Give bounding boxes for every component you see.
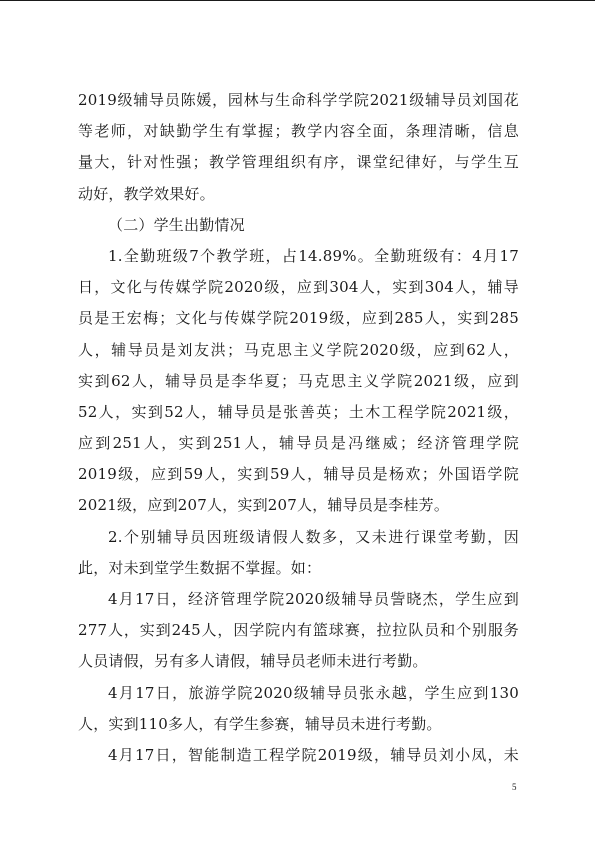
section-heading-text: （二）学生出勤情况 [78,210,519,241]
text-line: 人，辅导员是刘友洪；马克思主义学院2020级，应到62人， [78,335,519,366]
page-number: 5 [512,782,517,792]
text-line: 2019级，应到59人，实到59人，辅导员是杨欢；外国语学院 [78,459,519,490]
text-line: 人员请假，另有多人请假，辅导员老师未进行考勤。 [78,646,519,677]
text-line: 2021级，应到207人，实到207人，辅导员是李桂芳。 [78,490,519,521]
top-border-line [0,0,595,1]
text-line: 动好，教学效果好。 [78,179,519,210]
text-line: 2019级辅导员陈媛，园林与生命科学学院2021级辅导员刘国花 [78,85,519,116]
text-line: 1.全勤班级7个教学班，占14.89%。全勤班级有：4月17 [78,241,519,272]
text-line: 应到251人，实到251人，辅导员是冯继威；经济管理学院 [78,428,519,459]
text-line: 人，实到110多人，有学生参赛，辅导员未进行考勤。 [78,709,519,740]
paragraph-no-attendance-check: 2.个别辅导员因班级请假人数多，又未进行课堂考勤，因 此，对未到堂学生数据不掌握… [78,522,519,584]
paragraph-example-economics: 4月17日，经济管理学院2020级辅导员訾晓杰，学生应到 277人，实到245人… [78,584,519,678]
paragraph-full-attendance: 1.全勤班级7个教学班，占14.89%。全勤班级有：4月17 日，文化与传媒学院… [78,241,519,522]
text-line: 4月17日，经济管理学院2020级辅导员訾晓杰，学生应到 [78,584,519,615]
text-line: 2.个别辅导员因班级请假人数多，又未进行课堂考勤，因 [78,522,519,553]
document-body: 2019级辅导员陈媛，园林与生命科学学院2021级辅导员刘国花 等老师，对缺勤学… [78,85,519,771]
paragraph-example-intelligent-manufacturing: 4月17日，智能制造工程学院2019级，辅导员刘小凤，未 [78,740,519,771]
text-line: 实到62人，辅导员是李华夏；马克思主义学院2021级，应到 [78,366,519,397]
text-line: 277人，实到245人，因学院内有篮球赛，拉拉队员和个别服务 [78,615,519,646]
text-line: 4月17日，智能制造工程学院2019级，辅导员刘小凤，未 [78,740,519,771]
text-line: 员是王宏梅；文化与传媒学院2019级，应到285人，实到285 [78,303,519,334]
text-line: 此，对未到堂学生数据不掌握。如： [78,553,519,584]
paragraph-teacher-summary: 2019级辅导员陈媛，园林与生命科学学院2021级辅导员刘国花 等老师，对缺勤学… [78,85,519,210]
text-line: 4月17日，旅游学院2020级辅导员张永越，学生应到130 [78,678,519,709]
section-heading: （二）学生出勤情况 [78,210,519,241]
text-line: 量大，针对性强；教学管理组织有序，课堂纪律好，与学生互 [78,147,519,178]
text-line: 日，文化与传媒学院2020级，应到304人，实到304人，辅导 [78,272,519,303]
text-line: 52人，实到52人，辅导员是张善英；土木工程学院2021级， [78,397,519,428]
text-line: 等老师，对缺勤学生有掌握；教学内容全面，条理清晰，信息 [78,116,519,147]
paragraph-example-tourism: 4月17日，旅游学院2020级辅导员张永越，学生应到130 人，实到110多人，… [78,678,519,740]
